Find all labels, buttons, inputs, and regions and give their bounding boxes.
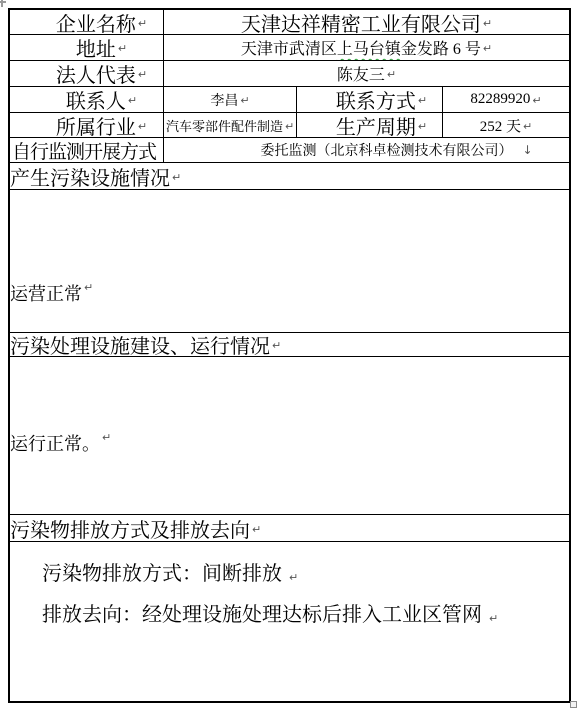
paragraph-mark-icon: ↵: [84, 281, 93, 294]
table-resize-handle[interactable]: [570, 701, 577, 708]
monitoring-method-label-cell: 自行监测开展方式: [10, 138, 164, 162]
pollution-facility-status-cell: 运营正常 ↵: [10, 190, 93, 332]
line-break-mark-icon: ↓: [522, 143, 532, 157]
company-name-value-cell: 天津达祥精密工业有限公司 ↵: [164, 10, 569, 34]
discharge-destination-line: 排放去向：经处理设施处理达标后排入工业区管网 ↵: [42, 596, 498, 637]
paragraph-mark-icon: ↵: [387, 68, 396, 81]
paragraph-mark-icon: ↵: [102, 431, 111, 444]
production-cycle-label: 生产周期: [336, 113, 416, 137]
contact-person-value-cell: 李昌 ↵: [164, 87, 297, 112]
discharge-section-header-cell: 污染物排放方式及排放去向 ↵: [10, 515, 261, 541]
paragraph-mark-icon: ↵: [118, 42, 127, 55]
paragraph-mark-icon: ↵: [285, 120, 294, 133]
treatment-facility-section-title: 污染处理设施建设、运行情况: [10, 333, 270, 356]
treatment-facility-section-header-cell: 污染处理设施建设、运行情况 ↵: [10, 333, 281, 356]
table-row: 运行正常。 ↵: [10, 357, 569, 515]
industry-value: 汽车零部件配件制造: [166, 116, 283, 135]
address-value-suffix: 金发路 6 号: [401, 36, 481, 59]
treatment-facility-status-text: 运行正常。: [10, 430, 100, 456]
paragraph-mark-icon: ↵: [138, 120, 147, 133]
discharge-destination-text: 排放去向：经处理设施处理达标后排入工业区管网: [42, 604, 482, 626]
paragraph-mark-icon: ↵: [138, 17, 147, 30]
paragraph-mark-icon: ↵: [483, 17, 492, 30]
company-name-label-cell: 企业名称 ↵: [10, 10, 164, 34]
paragraph-mark-icon: ↵: [483, 42, 492, 55]
monitoring-method-value-cell: 委托监测（北京科卓检测技术有限公司） ↓: [164, 138, 569, 162]
pollution-facility-status-text: 运营正常: [10, 280, 82, 306]
table-row: 法人代表 ↵ 陈友三 ↵: [10, 61, 569, 87]
company-name-value: 天津达祥精密工业有限公司: [241, 10, 481, 34]
paragraph-mark-icon: ↵: [418, 94, 427, 107]
paragraph-mark-icon: ↵: [128, 94, 137, 107]
table-row: 所属行业 ↵ 汽车零部件配件制造 ↵ 生产周期 ↵ 252 天 ↵: [10, 113, 569, 138]
legal-rep-label-cell: 法人代表 ↵: [10, 61, 164, 86]
table-move-handle-icon: [0, 0, 6, 8]
table-row: 污染处理设施建设、运行情况 ↵: [10, 333, 569, 357]
paragraph-mark-icon: ↵: [289, 559, 298, 597]
paragraph-mark-icon: ↵: [172, 171, 181, 184]
paragraph-mark-icon: ↵: [240, 94, 249, 107]
paragraph-mark-icon: ↵: [138, 68, 147, 81]
industry-value-cell: 汽车零部件配件制造 ↵: [164, 113, 297, 137]
pollution-facility-section-header-cell: 产生污染设施情况 ↵: [10, 163, 181, 189]
monitoring-method-label: 自行监测开展方式: [12, 138, 156, 162]
industry-label: 所属行业: [56, 113, 136, 137]
address-value-spellcheck: 上马台镇: [337, 36, 401, 59]
paragraph-mark-icon: ↵: [418, 120, 427, 133]
paragraph-mark-icon: ↵: [272, 339, 281, 352]
paragraph-mark-icon: ↵: [532, 94, 541, 107]
monitoring-method-value: 委托监测（北京科卓检测技术有限公司）: [260, 140, 512, 160]
production-cycle-value-cell: 252 天 ↵: [443, 113, 569, 137]
address-label-cell: 地址 ↵: [10, 35, 164, 60]
table-row: 运营正常 ↵: [10, 190, 569, 333]
contact-person-label-cell: 联系人 ↵: [10, 87, 164, 112]
contact-method-value: 82289920: [470, 91, 530, 108]
contact-person-value: 李昌: [210, 90, 238, 110]
legal-rep-label: 法人代表: [56, 61, 136, 86]
legal-rep-value-cell: 陈友三 ↵: [164, 61, 569, 86]
discharge-mode-line: 污染物排放方式：间断排放 ↵: [42, 555, 498, 596]
legal-rep-value: 陈友三: [337, 62, 385, 85]
pollution-facility-section-title: 产生污染设施情况: [10, 163, 170, 189]
document-page: 企业名称 ↵ 天津达祥精密工业有限公司 ↵ 地址 ↵ 天津市武清区上马台镇金发路…: [0, 0, 579, 710]
table-row: 污染物排放方式：间断排放 ↵ 排放去向：经处理设施处理达标后排入工业区管网 ↵: [10, 542, 569, 701]
treatment-facility-status-cell: 运行正常。 ↵: [10, 357, 111, 514]
production-cycle-value: 252 天: [480, 115, 521, 136]
discharge-mode-text: 污染物排放方式：间断排放: [42, 563, 282, 585]
table-row: 联系人 ↵ 李昌 ↵ 联系方式 ↵ 82289920 ↵: [10, 87, 569, 113]
production-cycle-label-cell: 生产周期 ↵: [297, 113, 443, 137]
contact-method-label: 联系方式: [336, 87, 416, 112]
address-value-prefix: 天津市武清区: [241, 36, 337, 59]
paragraph-mark-icon: ↵: [523, 120, 532, 133]
discharge-detail-cell: 污染物排放方式：间断排放 ↵ 排放去向：经处理设施处理达标后排入工业区管网 ↵: [10, 542, 498, 701]
paragraph-mark-icon: ↵: [489, 600, 498, 638]
discharge-section-title: 污染物排放方式及排放去向: [10, 515, 250, 541]
address-label: 地址: [76, 35, 116, 60]
table-row: 产生污染设施情况 ↵: [10, 163, 569, 190]
company-name-label: 企业名称: [56, 10, 136, 34]
industry-label-cell: 所属行业 ↵: [10, 113, 164, 137]
enterprise-info-table: 企业名称 ↵ 天津达祥精密工业有限公司 ↵ 地址 ↵ 天津市武清区上马台镇金发路…: [8, 8, 571, 703]
table-row: 自行监测开展方式 委托监测（北京科卓检测技术有限公司） ↓: [10, 138, 569, 163]
table-row: 企业名称 ↵ 天津达祥精密工业有限公司 ↵: [10, 10, 569, 35]
contact-person-label: 联系人: [66, 87, 126, 112]
paragraph-mark-icon: ↵: [252, 523, 261, 536]
contact-method-label-cell: 联系方式 ↵: [297, 87, 443, 112]
contact-method-value-cell: 82289920 ↵: [443, 87, 569, 112]
table-row: 污染物排放方式及排放去向 ↵: [10, 515, 569, 542]
table-row: 地址 ↵ 天津市武清区上马台镇金发路 6 号 ↵: [10, 35, 569, 61]
address-value-cell: 天津市武清区上马台镇金发路 6 号 ↵: [164, 35, 569, 60]
